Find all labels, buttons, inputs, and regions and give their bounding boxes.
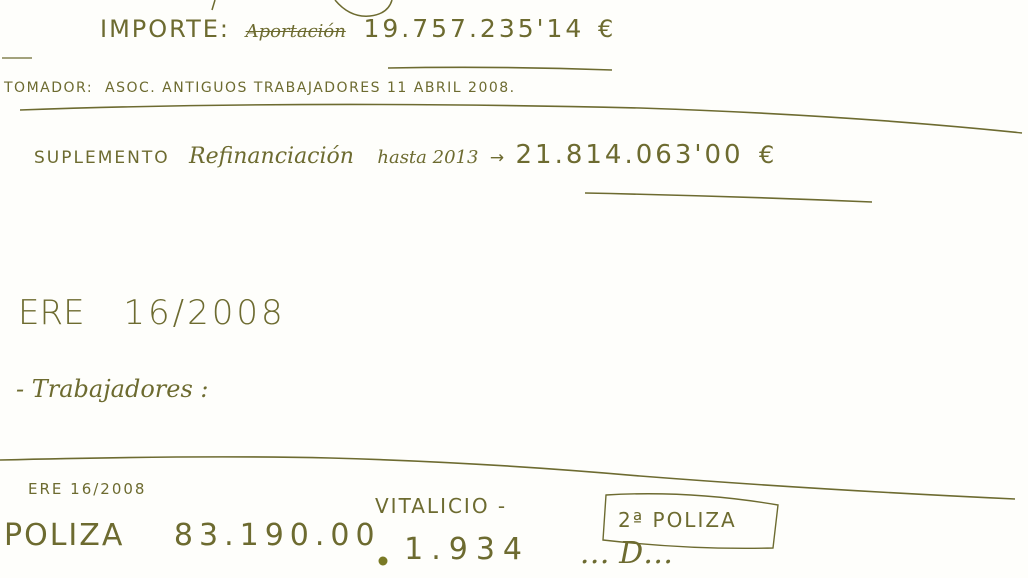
vitalicio-label: VITALICIO - <box>375 494 507 518</box>
importe-label: IMPORTE: <box>100 15 230 43</box>
suplemento-script: Refinanciación <box>189 144 354 169</box>
ere-label: ERE <box>18 293 85 333</box>
importe-amount: 19.757.235'14 <box>363 14 584 43</box>
suplemento-line: SUPLEMENTO Refinanciación hasta 2013 → 2… <box>34 140 774 170</box>
ere-ref: ERE 16/2008 <box>28 480 146 498</box>
poliza-suffix: 1.934 <box>404 532 530 567</box>
poliza-line: POLIZA 83.190.00 1.934 … D… <box>4 518 673 553</box>
suplemento-amount: 21.814.063'00 <box>516 140 744 170</box>
suplemento-label: SUPLEMENTO <box>34 148 170 168</box>
ere-heading: ERE 16/2008 <box>18 293 286 333</box>
poliza-trailing: … D… <box>580 536 674 571</box>
euro-sign: € <box>598 15 613 43</box>
importe-scribble: Aportación <box>246 21 346 42</box>
importe-line: IMPORTE: Aportación 19.757.235'14 € <box>100 14 613 43</box>
tomador-label: TOMADOR: <box>4 80 93 96</box>
trabajadores-label: - Trabajadores : <box>16 375 208 403</box>
arrow: → <box>490 148 504 168</box>
tomador-value: ASOC. ANTIGUOS TRABAJADORES 11 ABRIL 200… <box>105 80 516 96</box>
hasta-text: hasta 2013 <box>377 147 478 168</box>
poliza-number: 83.190.00 <box>174 518 381 553</box>
euro-sign: € <box>759 141 774 169</box>
ere-number: 16/2008 <box>123 293 285 333</box>
tomador-line: TOMADOR: ASOC. ANTIGUOS TRABAJADORES 11 … <box>4 80 516 96</box>
poliza-label: POLIZA <box>4 518 124 553</box>
